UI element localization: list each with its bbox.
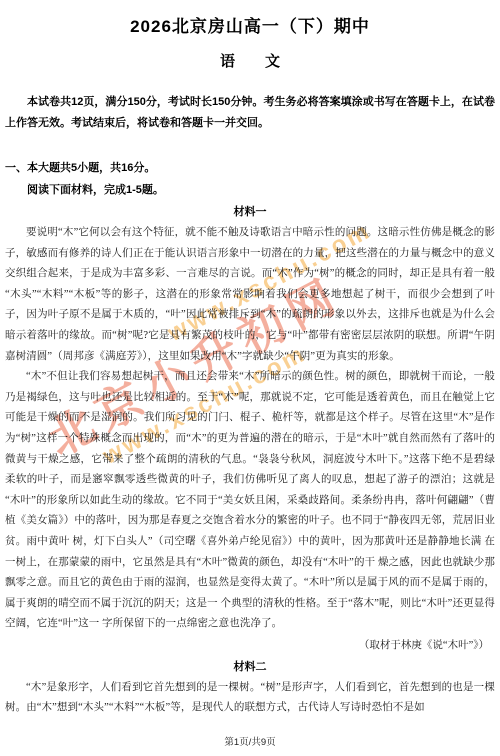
material-one-paragraph-2: “木”不但让我们容易想起树干，而且还会带来“木”所暗示的颜色性。树的颜色，即就树…	[5, 367, 495, 635]
section-one-heading: 一、本大题共5小题，共16分。	[5, 157, 495, 179]
material-two-heading: 材料二	[5, 656, 495, 678]
section-one-subheading: 阅读下面材料，完成1-5题。	[5, 179, 495, 201]
exam-paper-page: www.xschu.com 北京小升初网 www.xschu.com 2026北…	[0, 0, 500, 756]
material-one-paragraph-1: 要说明“木”它何以会有这个特征，就不能不触及诗歌语言中暗示性的问题。这暗示性仿佛…	[5, 223, 495, 367]
exam-title: 2026北京房山高一（下）期中	[5, 12, 495, 37]
material-one-heading: 材料一	[5, 201, 495, 223]
page-content: 2026北京房山高一（下）期中 语 文 本试卷共12页，满分150分，考试时长1…	[0, 0, 500, 719]
exam-instructions: 本试卷共12页，满分150分，考试时长150分钟。考生务必将答案填涂或书写在答题…	[5, 92, 495, 134]
material-one-attribution: （取材于林庚《说“木叶”》）	[5, 635, 495, 656]
page-number: 第1页/共9页	[0, 734, 500, 748]
material-two-paragraph-1: “木”是象形字，人们看到它首先想到的是一棵树。“树”是形声字，人们看到它，首先想…	[5, 678, 495, 719]
subject-title: 语 文	[5, 50, 495, 71]
